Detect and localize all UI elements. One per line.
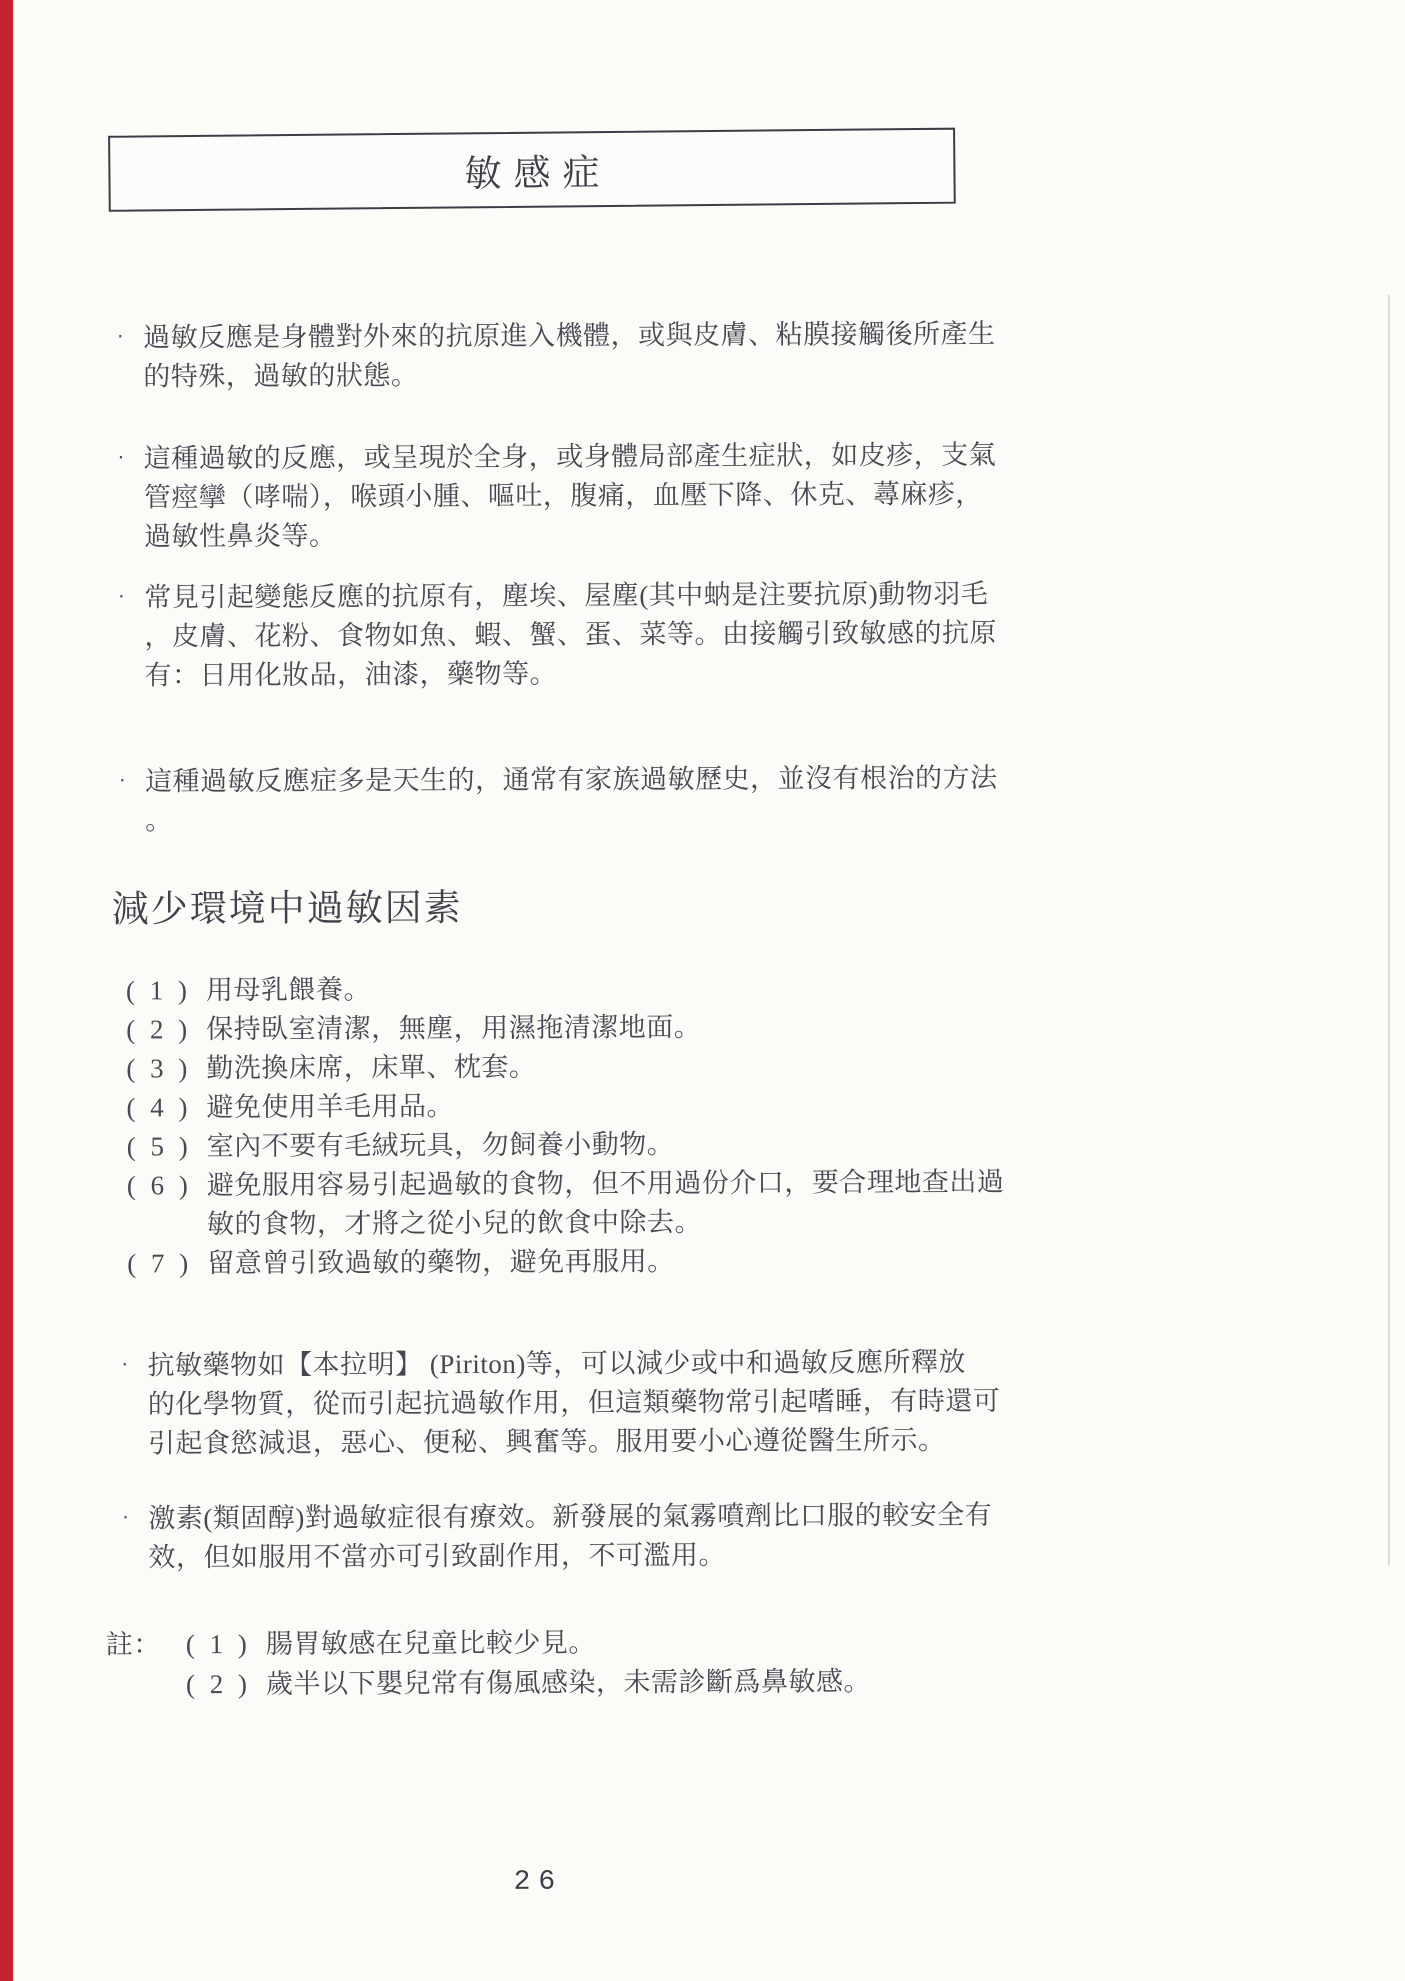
title-box: 敏感症 [108, 128, 956, 212]
text-line: 這種過敏反應症多是天生的，通常有家族過敏歷史，並沒有根治的方法 [145, 759, 998, 802]
prevention-list: ( 1 ) 用母乳餵養。 ( 2 ) 保持臥室清潔，無塵，用濕拖清潔地面。 ( … [126, 968, 1005, 1284]
text-line: 的特殊，過敏的狀態。 [143, 354, 996, 397]
list-item-number: ( 7 ) [127, 1244, 207, 1283]
bullet-paragraph: ‧ 這種過敏的反應，或呈現於全身，或身體局部產生症狀，如皮疹，支氣 管痙攣（哮喘… [118, 436, 997, 557]
list-item: ( 2 ) 保持臥室清潔，無塵，用濕拖清潔地面。 [126, 1007, 1004, 1050]
list-item-number: ( 1 ) [126, 971, 206, 1010]
page-title: 敏感症 [452, 142, 612, 198]
text-line: 這種過敏的反應，或呈現於全身，或身體局部產生症狀，如皮疹，支氣 [144, 436, 997, 479]
document-page: 敏感症 ‧ 過敏反應是身體對外來的抗原進入機體，或與皮膚、粘膜接觸後所產生 的特… [0, 0, 1405, 1981]
list-item-text: 勤洗換床席，床單、枕套。 [206, 1046, 1004, 1088]
list-item: ( 6 ) 避免服用容易引起過敏的食物，但不用過份介口，要合理地查出過 敏的食物… [127, 1163, 1005, 1245]
text-line: 管痙攣（哮喘），喉頭小腫、嘔吐，腹痛，血壓下降、休克、蕁麻疹， [144, 475, 997, 518]
list-item: ( 3 ) 勤洗換床席，床單、枕套。 [126, 1046, 1004, 1089]
note-item: ( 1 ) 腸胃敏感在兒童比較少見。 [186, 1621, 871, 1664]
bullet-icon: ‧ [119, 762, 145, 801]
note-item-number: ( 1 ) [186, 1624, 266, 1664]
text-line: 引起食慾減退，惡心、便秘、興奮等。服用要小心遵從醫生所示。 [148, 1421, 1001, 1464]
text-line: 有：日用化妝品，油漆，藥物等。 [145, 653, 998, 696]
bullet-icon: ‧ [122, 1346, 148, 1385]
bullet-paragraph: ‧ 這種過敏反應症多是天生的，通常有家族過敏歷史，並沒有根治的方法 。 [119, 759, 998, 841]
text-line: 常見引起變態反應的抗原有，塵埃、屋塵(其中蚋是注要抗原)動物羽毛 [144, 575, 997, 618]
list-item-text: 用母乳餵養。 [206, 968, 1004, 1010]
text-line: 避免使用羊毛用品。 [206, 1085, 1004, 1127]
text-line: 過敏性鼻炎等。 [144, 514, 997, 557]
bullet-icon: ‧ [118, 439, 144, 478]
list-item-number: ( 6 ) [127, 1166, 207, 1205]
text-line: 效，但如服用不當亦可引致副作用，不可濫用。 [148, 1535, 992, 1578]
text-line: 室內不要有毛絨玩具，勿飼養小動物。 [207, 1124, 1005, 1166]
text-line: 用母乳餵養。 [206, 968, 1004, 1010]
list-item-number: ( 3 ) [126, 1049, 206, 1088]
note-item-text: 歲半以下嬰兒常有傷風感染，未需診斷爲鼻敏感。 [266, 1661, 871, 1704]
text-line: 勤洗換床席，床單、枕套。 [206, 1046, 1004, 1088]
text-line: 激素(類固醇)對過敏症很有療效。新發展的氣霧噴劑比口服的較安全有 [148, 1496, 992, 1539]
text-line: 留意曾引致過敏的藥物，避免再服用。 [207, 1241, 1005, 1283]
list-item: ( 1 ) 用母乳餵養。 [126, 968, 1004, 1011]
list-item-number: ( 4 ) [126, 1088, 206, 1127]
list-item: ( 4 ) 避免使用羊毛用品。 [126, 1085, 1004, 1128]
list-item-text: 留意曾引致過敏的藥物，避免再服用。 [207, 1241, 1005, 1283]
paragraph-text: 這種過敏的反應，或呈現於全身，或身體局部產生症狀，如皮疹，支氣 管痙攣（哮喘），… [144, 436, 997, 557]
text-line: 抗敏藥物如【本拉明】 (Piriton)等，可以減少或中和過敏反應所釋放 [148, 1343, 1001, 1386]
list-item: ( 7 ) 留意曾引致過敏的藥物，避免再服用。 [127, 1241, 1005, 1284]
text-line: 歲半以下嬰兒常有傷風感染，未需診斷爲鼻敏感。 [266, 1661, 871, 1704]
paragraph-text: 常見引起變態反應的抗原有，塵埃、屋塵(其中蚋是注要抗原)動物羽毛 ，皮膚、花粉、… [144, 575, 997, 696]
text-line: 。 [145, 798, 998, 841]
paragraph-text: 過敏反應是身體對外來的抗原進入機體，或與皮膚、粘膜接觸後所產生 的特殊，過敏的狀… [143, 315, 996, 397]
text-line: 避免服用容易引起過敏的食物，但不用過份介口，要合理地查出過 [207, 1163, 1005, 1205]
text-line: 的化學物質，從而引起抗過敏作用，但這類藥物常引起嗜睡，有時還可 [148, 1382, 1001, 1425]
bullet-paragraph: ‧ 常見引起變態反應的抗原有，塵埃、屋塵(其中蚋是注要抗原)動物羽毛 ，皮膚、花… [118, 575, 997, 696]
paragraph-text: 激素(類固醇)對過敏症很有療效。新發展的氣霧噴劑比口服的較安全有 效，但如服用不… [148, 1496, 992, 1578]
notes-section: 註： ( 1 ) 腸胃敏感在兒童比較少見。 ( 2 ) 歲半以下嬰兒常有傷風感染… [106, 1621, 871, 1704]
paragraph-text: 這種過敏反應症多是天生的，通常有家族過敏歷史，並沒有根治的方法 。 [145, 759, 998, 841]
list-item: ( 5 ) 室內不要有毛絨玩具，勿飼養小動物。 [127, 1124, 1005, 1167]
list-item-number: ( 5 ) [127, 1127, 207, 1166]
notes-label: 註： [106, 1624, 186, 1664]
list-item-text: 保持臥室清潔，無塵，用濕拖清潔地面。 [206, 1007, 1004, 1049]
paragraph-text: 抗敏藥物如【本拉明】 (Piriton)等，可以減少或中和過敏反應所釋放 的化學… [148, 1343, 1001, 1464]
notes-items: ( 1 ) 腸胃敏感在兒童比較少見。 ( 2 ) 歲半以下嬰兒常有傷風感染，未需… [186, 1621, 871, 1704]
bullet-icon: ‧ [118, 578, 144, 617]
note-item-number: ( 2 ) [186, 1664, 266, 1704]
note-item: ( 2 ) 歲半以下嬰兒常有傷風感染，未需診斷爲鼻敏感。 [186, 1661, 871, 1704]
bullet-icon: ‧ [122, 1499, 148, 1538]
bullet-paragraph: ‧ 抗敏藥物如【本拉明】 (Piriton)等，可以減少或中和過敏反應所釋放 的… [122, 1343, 1001, 1464]
bullet-paragraph: ‧ 激素(類固醇)對過敏症很有療效。新發展的氣霧噴劑比口服的較安全有 效，但如服… [122, 1496, 992, 1578]
bullet-icon: ‧ [117, 318, 143, 357]
text-line: 敏的食物，才將之從小兒的飲食中除去。 [207, 1202, 1005, 1244]
note-item-text: 腸胃敏感在兒童比較少見。 [266, 1621, 871, 1664]
list-item-text: 室內不要有毛絨玩具，勿飼養小動物。 [207, 1124, 1005, 1166]
list-item-text: 避免使用羊毛用品。 [206, 1085, 1004, 1127]
section-heading: 減少環境中過敏因素 [112, 877, 463, 933]
list-item-number: ( 2 ) [126, 1010, 206, 1049]
text-line: 保持臥室清潔，無塵，用濕拖清潔地面。 [206, 1007, 1004, 1049]
page-number: 26 [116, 1865, 961, 1900]
text-line: ，皮膚、花粉、食物如魚、蝦、蟹、蛋、菜等。由接觸引致敏感的抗原 [144, 614, 997, 657]
text-line: 過敏反應是身體對外來的抗原進入機體，或與皮膚、粘膜接觸後所產生 [143, 315, 996, 358]
list-item-text: 避免服用容易引起過敏的食物，但不用過份介口，要合理地查出過 敏的食物，才將之從小… [207, 1163, 1005, 1244]
bullet-paragraph: ‧ 過敏反應是身體對外來的抗原進入機體，或與皮膚、粘膜接觸後所產生 的特殊，過敏… [117, 315, 996, 397]
text-line: 腸胃敏感在兒童比較少見。 [266, 1621, 871, 1664]
